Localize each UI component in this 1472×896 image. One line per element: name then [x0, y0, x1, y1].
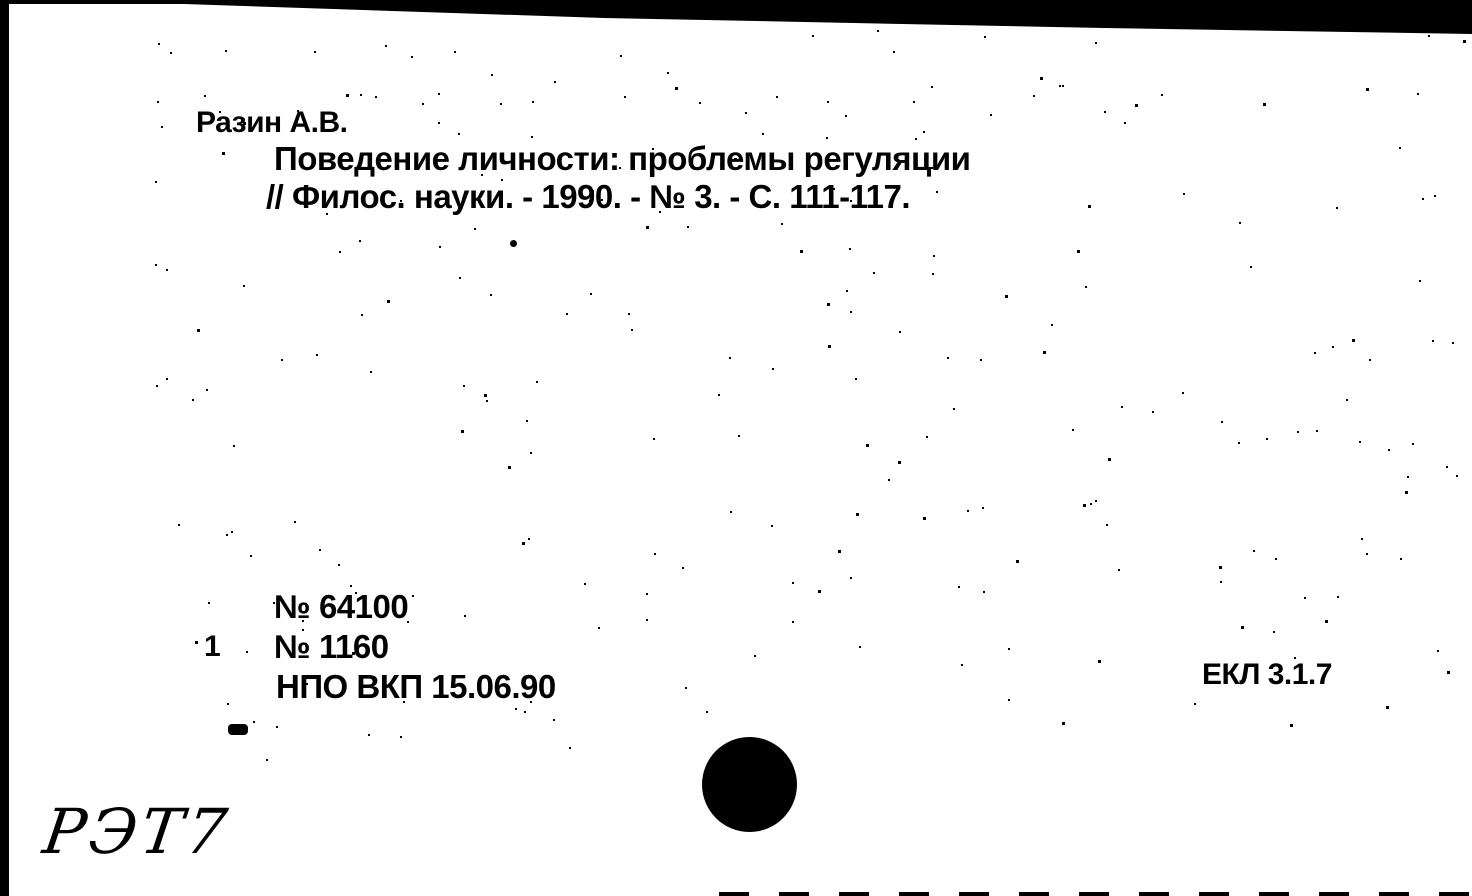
scan-noise: [792, 621, 794, 623]
scan-noise: [845, 115, 847, 117]
scan-noise: [1407, 476, 1409, 478]
scan-noise: [936, 191, 938, 193]
scan-noise: [1275, 558, 1277, 560]
scan-noise: [1419, 280, 1421, 282]
scan-noise: [250, 555, 252, 557]
scan-noise: [204, 95, 206, 97]
scan-noise: [730, 511, 732, 513]
scan-noise: [464, 615, 466, 617]
scan-noise: [338, 564, 340, 566]
scan-noise: [1266, 438, 1268, 440]
scan-noise: [781, 223, 783, 225]
scan-noise: [243, 285, 245, 287]
bottom-edge-marks: [719, 892, 1472, 896]
scan-noise: [1059, 85, 1061, 87]
scan-noise: [1361, 538, 1363, 540]
scan-noise: [400, 200, 402, 202]
scan-noise: [246, 651, 248, 653]
scan-noise: [481, 174, 483, 176]
scan-noise: [554, 81, 556, 83]
scan-noise: [474, 228, 476, 230]
scan-noise: [1124, 122, 1126, 124]
scan-noise: [899, 331, 901, 333]
scan-noise: [508, 466, 511, 469]
classification-code: ЕКЛ 3.1.7: [1202, 658, 1332, 692]
scan-noise: [1220, 581, 1222, 583]
scan-noise: [1369, 359, 1371, 361]
scan-noise: [206, 389, 208, 391]
scan-noise: [584, 583, 586, 585]
card-edge: [4, 0, 9, 896]
scan-noise: [859, 646, 861, 648]
scan-noise: [718, 394, 720, 396]
scan-noise: [827, 303, 830, 306]
scan-noise: [1062, 722, 1065, 725]
scan-noise: [1104, 111, 1106, 113]
scan-noise: [1294, 657, 1296, 659]
scan-noise: [818, 590, 821, 593]
scan-noise: [947, 357, 949, 359]
scan-noise: [1447, 671, 1450, 674]
scan-noise: [403, 701, 405, 703]
scan-noise: [195, 641, 198, 644]
scan-noise: [762, 133, 764, 135]
scan-noise: [776, 96, 778, 98]
ink-dot: [510, 240, 517, 247]
scan-noise: [873, 272, 875, 274]
scan-noise: [846, 290, 848, 292]
scan-noise: [1085, 286, 1087, 288]
scan-noise: [893, 51, 895, 53]
scan-noise: [855, 378, 857, 380]
scan-noise: [375, 96, 377, 98]
copies-count: 1: [204, 630, 220, 664]
scan-noise: [273, 602, 275, 604]
scan-noise: [438, 93, 440, 95]
scan-noise: [1095, 500, 1097, 502]
scan-noise: [360, 94, 362, 96]
scan-noise: [1332, 346, 1334, 348]
scan-noise: [827, 101, 829, 103]
scan-noise: [1290, 724, 1293, 727]
scan-noise: [624, 96, 626, 98]
scan-noise: [1452, 342, 1454, 344]
scan-noise: [849, 248, 851, 250]
scan-noise: [339, 251, 341, 253]
scan-noise: [652, 148, 654, 150]
scan-noise: [1304, 597, 1306, 599]
scan-noise: [484, 394, 487, 397]
scan-noise: [1446, 466, 1448, 468]
scan-noise: [646, 619, 648, 621]
scan-noise: [1161, 94, 1163, 96]
scan-noise: [967, 510, 969, 512]
scan-noise: [1437, 650, 1439, 652]
scan-noise: [958, 586, 960, 588]
scan-noise: [1062, 85, 1064, 87]
scan-noise: [915, 138, 917, 140]
scan-noise: [926, 436, 928, 438]
scan-noise: [219, 111, 221, 113]
scan-noise: [463, 385, 465, 387]
scan-noise: [745, 112, 747, 114]
scan-noise: [1253, 550, 1255, 552]
scan-noise: [826, 137, 828, 139]
scan-noise: [980, 359, 982, 361]
scan-noise: [990, 114, 992, 116]
scan-noise: [306, 683, 308, 685]
scan-noise: [1152, 411, 1154, 413]
scan-noise: [515, 708, 517, 710]
scan-noise: [156, 385, 158, 387]
scan-noise: [461, 430, 464, 433]
handwritten-note: РЭТ7: [39, 795, 235, 868]
scan-noise: [227, 703, 229, 705]
scan-noise: [590, 293, 592, 295]
scan-noise: [294, 521, 296, 523]
scan-noise: [234, 129, 236, 131]
catalog-card: Разин А.В. Поведение личности: проблемы …: [4, 0, 1472, 896]
scan-noise: [923, 517, 926, 520]
scan-noise: [158, 43, 160, 45]
scan-noise: [1088, 205, 1091, 208]
scan-noise: [589, 200, 591, 202]
scan-noise: [933, 255, 935, 257]
scan-noise: [931, 86, 933, 88]
scan-noise: [530, 452, 532, 454]
scan-noise: [553, 719, 555, 721]
scan-noise: [1463, 40, 1466, 43]
scan-noise: [838, 550, 841, 553]
scan-noise: [828, 345, 831, 348]
scan-noise: [1337, 596, 1339, 598]
scan-noise: [1239, 222, 1241, 224]
scan-noise: [734, 158, 737, 161]
scan-noise: [1219, 566, 1222, 569]
scan-noise: [355, 592, 357, 594]
scan-noise: [856, 513, 859, 516]
scan-noise: [566, 313, 568, 315]
scan-noise: [1118, 569, 1120, 571]
scan-noise: [654, 553, 656, 555]
scan-noise: [225, 50, 227, 52]
scan-noise: [1221, 421, 1223, 423]
scan-noise: [501, 179, 503, 181]
punch-hole: [702, 737, 797, 832]
scan-noise: [411, 56, 413, 58]
scan-noise: [812, 35, 814, 37]
scan-noise: [706, 711, 708, 713]
scan-noise: [653, 438, 655, 440]
scan-noise: [166, 378, 168, 380]
scan-noise: [729, 357, 731, 359]
scan-noise: [984, 36, 986, 38]
scan-noise: [1346, 399, 1348, 401]
scan-noise: [1183, 193, 1185, 195]
scan-noise: [1366, 88, 1369, 91]
scan-noise: [1083, 504, 1086, 507]
scan-noise: [667, 72, 669, 74]
scan-noise: [459, 277, 461, 279]
scan-noise: [522, 542, 525, 545]
scan-noise: [1263, 103, 1266, 106]
scan-noise: [1095, 42, 1097, 44]
scan-noise: [178, 524, 180, 526]
scan-noise: [888, 479, 890, 481]
scan-noise: [422, 103, 424, 105]
scan-noise: [161, 126, 163, 128]
scan-noise: [646, 226, 649, 229]
scan-noise: [754, 655, 756, 657]
scan-noise: [1098, 660, 1101, 663]
scan-noise: [699, 102, 701, 104]
scan-noise: [500, 103, 502, 105]
scan-noise: [359, 240, 361, 242]
scan-noise: [490, 294, 492, 296]
scan-noise: [1388, 449, 1390, 451]
scan-noise: [983, 591, 985, 593]
scan-noise: [923, 131, 925, 133]
scan-noise: [243, 122, 246, 125]
scan-noise: [528, 538, 530, 540]
scan-noise: [387, 300, 390, 303]
scan-noise: [1005, 295, 1008, 298]
scan-noise: [1182, 392, 1184, 394]
scan-noise: [208, 602, 210, 604]
scan-noise: [166, 269, 168, 271]
scan-noise: [458, 133, 460, 135]
scan-noise: [361, 314, 363, 316]
scan-noise: [1072, 429, 1074, 431]
scan-noise: [1432, 340, 1434, 342]
scan-noise: [685, 687, 687, 689]
scan-noise: [1043, 351, 1046, 354]
scan-noise: [302, 629, 304, 631]
scan-noise: [524, 711, 526, 713]
scan-noise: [866, 444, 869, 447]
scan-noise: [1422, 198, 1424, 200]
scan-noise: [385, 45, 387, 47]
scan-noise: [628, 313, 630, 315]
scan-noise: [253, 721, 255, 723]
supplier-date: НПО ВКП 15.06.90: [276, 668, 556, 706]
scan-noise: [350, 585, 352, 587]
scan-noise: [1090, 503, 1092, 505]
scan-noise: [1352, 339, 1355, 342]
scan-noise: [1033, 95, 1035, 97]
scan-noise: [1400, 558, 1402, 560]
title: Поведение личности: проблемы регуляции: [274, 140, 970, 178]
scan-noise: [407, 621, 409, 623]
scan-noise: [155, 181, 157, 183]
scan-noise: [326, 213, 328, 215]
scan-noise: [569, 747, 571, 749]
scan-noise: [913, 101, 915, 103]
scan-noise: [197, 329, 200, 332]
scan-noise: [1399, 147, 1401, 149]
scan-noise: [1336, 207, 1338, 209]
scan-noise: [536, 381, 538, 383]
scan-noise: [931, 167, 933, 169]
scan-noise: [400, 736, 402, 738]
scan-noise: [953, 408, 955, 410]
scan-noise: [1008, 648, 1010, 650]
scan-noise: [438, 122, 440, 124]
scan-noise: [675, 87, 678, 90]
scan-noise: [598, 627, 600, 629]
scan-noise: [1325, 620, 1328, 623]
scan-noise: [620, 55, 622, 57]
scan-noise: [532, 101, 534, 103]
scan-noise: [659, 211, 661, 213]
scan-noise: [646, 593, 648, 595]
scan-noise: [222, 152, 225, 155]
scan-noise: [1434, 195, 1436, 197]
scan-noise: [1008, 699, 1010, 701]
scan-noise: [352, 652, 355, 655]
scan-noise: [1405, 491, 1408, 494]
scan-noise: [281, 359, 283, 361]
scan-noise: [233, 445, 235, 447]
scan-noise: [314, 51, 316, 53]
scan-noise: [1417, 93, 1419, 95]
scan-noise: [170, 52, 172, 54]
scan-noise: [850, 577, 852, 579]
scan-noise: [356, 639, 358, 641]
scan-noise: [1051, 324, 1053, 326]
scan-noise: [370, 371, 372, 373]
scan-noise: [297, 110, 299, 112]
scan-noise: [1273, 631, 1275, 633]
scan-noise: [619, 167, 621, 169]
scan-noise: [1386, 706, 1389, 709]
scan-noise: [792, 582, 794, 584]
scan-noise: [1297, 431, 1299, 433]
scan-noise: [1108, 458, 1111, 461]
scan-noise: [530, 701, 532, 703]
scan-noise: [491, 74, 493, 76]
scan-noise: [1077, 250, 1080, 253]
scan-noise: [898, 461, 901, 464]
scan-noise: [1194, 703, 1196, 705]
ink-mark: [228, 724, 248, 735]
scan-noise: [682, 567, 684, 569]
scan-noise: [877, 30, 879, 32]
scan-noise: [1456, 475, 1458, 477]
scan-noise: [961, 664, 963, 666]
scan-noise: [486, 400, 488, 402]
scan-noise: [454, 51, 456, 53]
scan-noise: [1135, 104, 1138, 107]
scan-noise: [1314, 352, 1316, 354]
scan-noise: [1040, 77, 1043, 80]
scan-noise: [266, 759, 268, 761]
inventory-number: № 64100: [274, 588, 408, 626]
scan-noise: [368, 734, 370, 736]
scan-noise: [1316, 430, 1318, 432]
scan-noise: [1106, 524, 1108, 526]
scan-noise: [1366, 553, 1368, 555]
scan-noise: [1359, 441, 1361, 443]
scan-noise: [1250, 266, 1252, 268]
scan-noise: [772, 368, 774, 370]
scan-noise: [631, 329, 633, 331]
scan-noise: [155, 264, 157, 266]
scan-noise: [439, 246, 441, 248]
scan-noise: [1121, 406, 1123, 408]
scan-noise: [157, 101, 159, 103]
order-number: № 1160: [274, 628, 389, 666]
scan-noise: [800, 250, 803, 253]
scan-noise: [771, 525, 773, 527]
scan-noise: [833, 188, 835, 190]
scan-noise: [982, 507, 984, 509]
scan-noise: [850, 200, 852, 202]
scan-noise: [412, 595, 414, 597]
scan-noise: [231, 531, 233, 533]
scan-noise: [1016, 560, 1019, 563]
scan-noise: [226, 534, 228, 536]
scan-noise: [738, 435, 740, 437]
scan-noise: [346, 94, 349, 97]
scan-noise: [316, 354, 318, 356]
scan-noise: [192, 399, 194, 401]
scan-noise: [276, 726, 278, 728]
scan-noise: [687, 226, 689, 228]
scan-noise: [526, 420, 528, 422]
scan-noise: [932, 273, 934, 275]
scan-noise: [1412, 443, 1414, 445]
scan-noise: [1241, 626, 1244, 629]
scan-noise: [319, 549, 321, 551]
scan-noise: [302, 620, 304, 622]
scan-noise: [531, 136, 533, 138]
scan-noise: [601, 199, 603, 201]
scan-noise: [850, 311, 852, 313]
scan-noise: [1238, 442, 1240, 444]
scan-noise: [591, 190, 594, 193]
scan-noise: [1428, 35, 1430, 37]
source-citation: // Филос. науки. - 1990. - № 3. - С. 111…: [266, 178, 910, 216]
